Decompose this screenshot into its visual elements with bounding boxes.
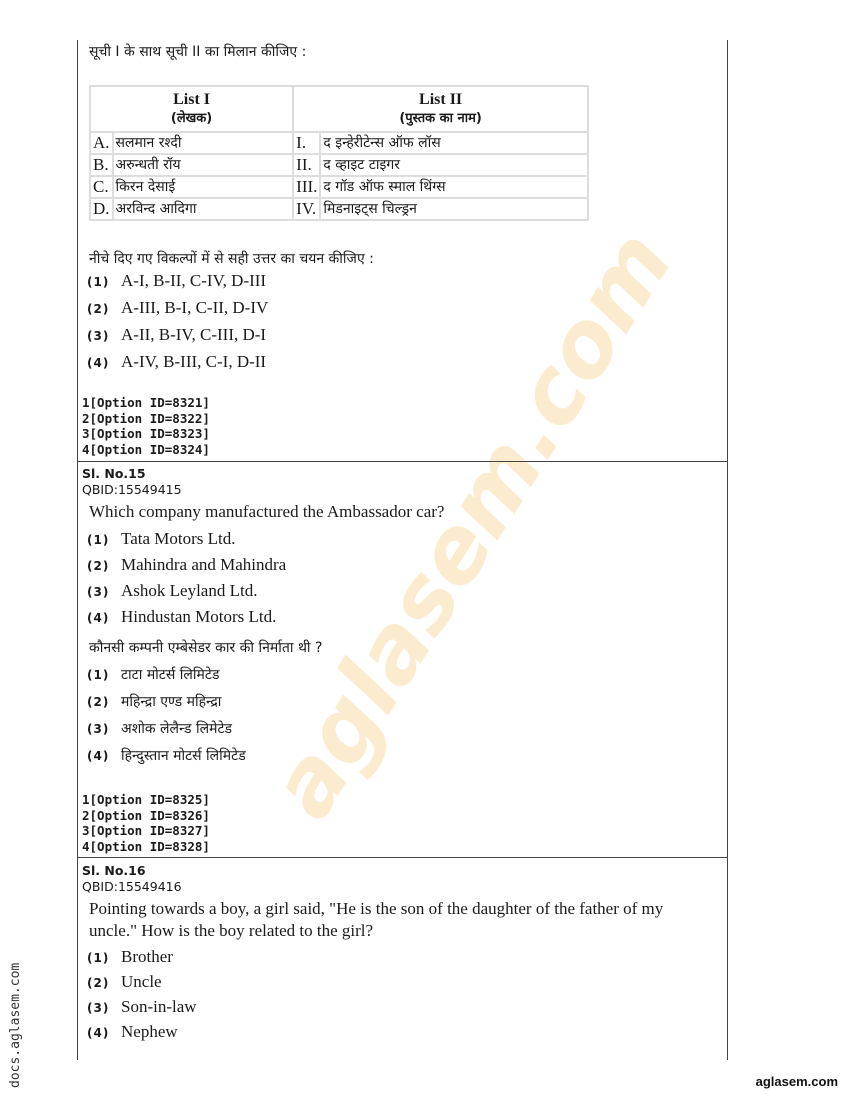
match-row: D.अरविन्द आदिगाIV.मिडनाइट्स चिल्ड्रन (91, 199, 587, 219)
option-number: (4) (87, 1026, 121, 1040)
option-text: A-III, B-I, C-II, D-IV (121, 298, 268, 318)
option-id: 2[Option ID=8326] (82, 808, 210, 824)
option-text: हिन्दुस्तान मोटर्स लिमिटेड (121, 746, 246, 765)
option-number: (1) (87, 951, 121, 965)
match-cell-l2: III. (294, 177, 319, 197)
option-item: (1)Tata Motors Ltd. (87, 529, 286, 555)
option-item: (1)A-I, B-II, C-IV, D-III (87, 271, 268, 298)
option-id: 1[Option ID=8325] (82, 792, 210, 808)
option-text: Brother (121, 947, 173, 967)
option-item: (2)Mahindra and Mahindra (87, 555, 286, 581)
q16-header: Sl. No.16 QBID:15549416 (82, 863, 182, 894)
option-text: A-I, B-II, C-IV, D-III (121, 271, 266, 291)
option-item: (3)Son-in-law (87, 997, 197, 1022)
option-item: (4)Hindustan Motors Ltd. (87, 607, 286, 633)
option-item: (1)Brother (87, 947, 197, 972)
option-item: (3)A-II, B-IV, C-III, D-I (87, 325, 268, 352)
q16-options-en: (1)Brother(2)Uncle(3)Son-in-law(4)Nephew (87, 947, 197, 1047)
q15-options-hi: (1)टाटा मोटर्स लिमिटेड(2)महिन्द्रा एण्ड … (87, 665, 246, 773)
option-id: 3[Option ID=8327] (82, 823, 210, 839)
q15-options-en: (1)Tata Motors Ltd.(2)Mahindra and Mahin… (87, 529, 286, 633)
question-separator (77, 461, 727, 462)
q15-sl-no: Sl. No.15 (82, 466, 182, 482)
option-item: (2)A-III, B-I, C-II, D-IV (87, 298, 268, 325)
match-instruction: सूची I के साथ सूची II का मिलान कीजिए : (89, 42, 306, 61)
q15-question-hi: कौनसी कम्पनी एम्बेसेडर कार की निर्माता थ… (89, 637, 714, 659)
q16-question-en: Pointing towards a boy, a girl said, "He… (89, 898, 714, 942)
q15-question-en: Which company manufactured the Ambassado… (89, 501, 714, 523)
option-number: (4) (87, 611, 121, 625)
match-cell-l1: C. (91, 177, 112, 197)
question-separator (77, 857, 727, 858)
option-text: टाटा मोटर्स लिमिटेड (121, 665, 219, 684)
option-id: 1[Option ID=8321] (82, 395, 210, 411)
match-cell-l1: B. (91, 155, 112, 175)
match-cell-l2: I. (294, 133, 319, 153)
q14-option-ids: 1[Option ID=8321]2[Option ID=8322]3[Opti… (82, 395, 210, 457)
option-item: (1)टाटा मोटर्स लिमिटेड (87, 665, 246, 692)
match-cell-l1: A. (91, 133, 112, 153)
q16-qbid: QBID:15549416 (82, 879, 182, 895)
option-id: 3[Option ID=8323] (82, 426, 210, 442)
match-table: List I (लेखक) List II (पुस्तक का नाम) A.… (89, 85, 589, 221)
option-text: Uncle (121, 972, 162, 992)
option-text: महिन्द्रा एण्ड महिन्द्रा (121, 692, 221, 711)
option-item: (3)अशोक लेलैन्ड लिमेटेड (87, 719, 246, 746)
match-cell-l2: IV. (294, 199, 319, 219)
match-cell-l2: II. (294, 155, 319, 175)
option-number: (4) (87, 356, 121, 370)
option-text: Ashok Leyland Ltd. (121, 581, 257, 601)
option-item: (4)हिन्दुस्तान मोटर्स लिमिटेड (87, 746, 246, 773)
option-text: A-IV, B-III, C-I, D-II (121, 352, 266, 372)
option-number: (2) (87, 302, 121, 316)
q16-sl-no: Sl. No.16 (82, 863, 182, 879)
option-number: (3) (87, 722, 121, 736)
option-number: (1) (87, 533, 121, 547)
option-number: (4) (87, 749, 121, 763)
match-cell-v1: अरविन्द आदिगा (114, 199, 293, 219)
list1-header: List I (लेखक) (91, 87, 292, 131)
option-text: Hindustan Motors Ltd. (121, 607, 276, 627)
choose-instruction: नीचे दिए गए विकल्पों में से सही उत्तर का… (89, 249, 374, 268)
option-number: (1) (87, 275, 121, 289)
option-number: (3) (87, 585, 121, 599)
side-watermark: docs.aglasem.com (8, 963, 23, 1088)
option-number: (3) (87, 1001, 121, 1015)
match-row: C.किरन देसाईIII.द गॉड ऑफ स्माल थिंग्स (91, 177, 587, 197)
option-item: (4)Nephew (87, 1022, 197, 1047)
option-id: 2[Option ID=8322] (82, 411, 210, 427)
q14-options: (1)A-I, B-II, C-IV, D-III(2)A-III, B-I, … (87, 271, 268, 379)
q15-qbid: QBID:15549415 (82, 482, 182, 498)
option-number: (2) (87, 976, 121, 990)
q15-header: Sl. No.15 QBID:15549415 (82, 466, 182, 497)
option-text: A-II, B-IV, C-III, D-I (121, 325, 266, 345)
option-text: Nephew (121, 1022, 178, 1042)
option-item: (3)Ashok Leyland Ltd. (87, 581, 286, 607)
option-text: Mahindra and Mahindra (121, 555, 286, 575)
q15-option-ids: 1[Option ID=8325]2[Option ID=8326]3[Opti… (82, 792, 210, 854)
option-number: (1) (87, 668, 121, 682)
footer-brand: aglasem.com (756, 1074, 838, 1089)
match-row: B.अरुन्धती रॉयII.द व्हाइट टाइगर (91, 155, 587, 175)
match-cell-v2: द गॉड ऑफ स्माल थिंग्स (321, 177, 587, 197)
option-text: अशोक लेलैन्ड लिमेटेड (121, 719, 232, 738)
list2-header: List II (पुस्तक का नाम) (294, 87, 587, 131)
match-cell-v1: अरुन्धती रॉय (114, 155, 293, 175)
option-number: (3) (87, 329, 121, 343)
match-cell-v2: द व्हाइट टाइगर (321, 155, 587, 175)
option-id: 4[Option ID=8328] (82, 839, 210, 855)
match-cell-v1: किरन देसाई (114, 177, 293, 197)
match-cell-l1: D. (91, 199, 112, 219)
match-cell-v1: सलमान रश्दी (114, 133, 293, 153)
option-text: Tata Motors Ltd. (121, 529, 235, 549)
option-item: (2)Uncle (87, 972, 197, 997)
option-number: (2) (87, 695, 121, 709)
match-cell-v2: द इन्हेरीटेन्स ऑफ लॉस (321, 133, 587, 153)
option-number: (2) (87, 559, 121, 573)
option-item: (4)A-IV, B-III, C-I, D-II (87, 352, 268, 379)
option-item: (2)महिन्द्रा एण्ड महिन्द्रा (87, 692, 246, 719)
match-row: A.सलमान रश्दीI.द इन्हेरीटेन्स ऑफ लॉस (91, 133, 587, 153)
option-id: 4[Option ID=8324] (82, 442, 210, 458)
match-cell-v2: मिडनाइट्स चिल्ड्रन (321, 199, 587, 219)
option-text: Son-in-law (121, 997, 197, 1017)
